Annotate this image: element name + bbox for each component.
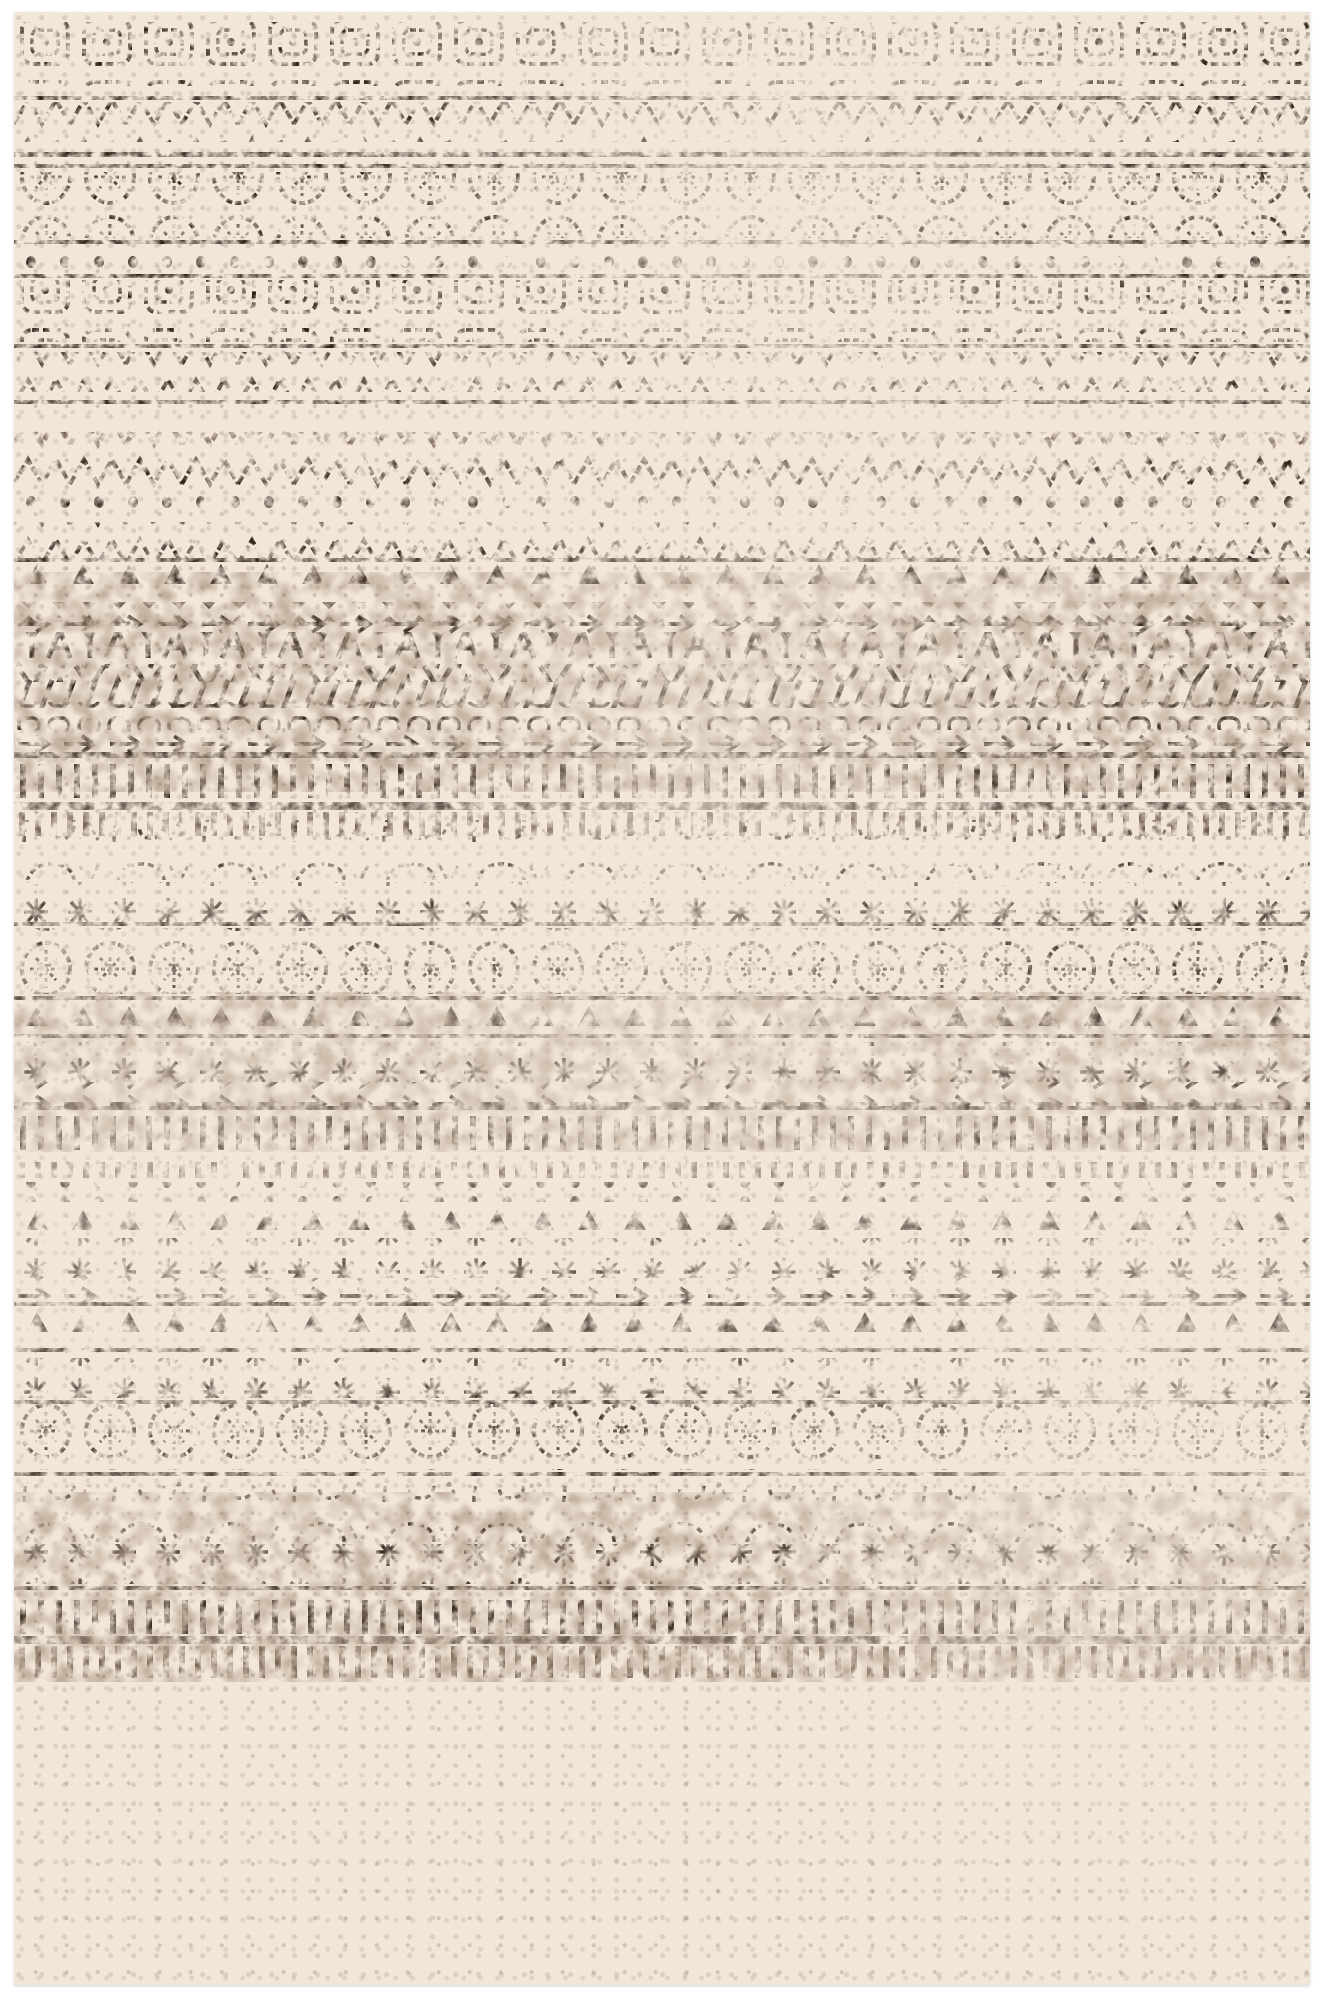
rug <box>14 12 1310 1985</box>
rug-pattern <box>14 12 1310 1985</box>
